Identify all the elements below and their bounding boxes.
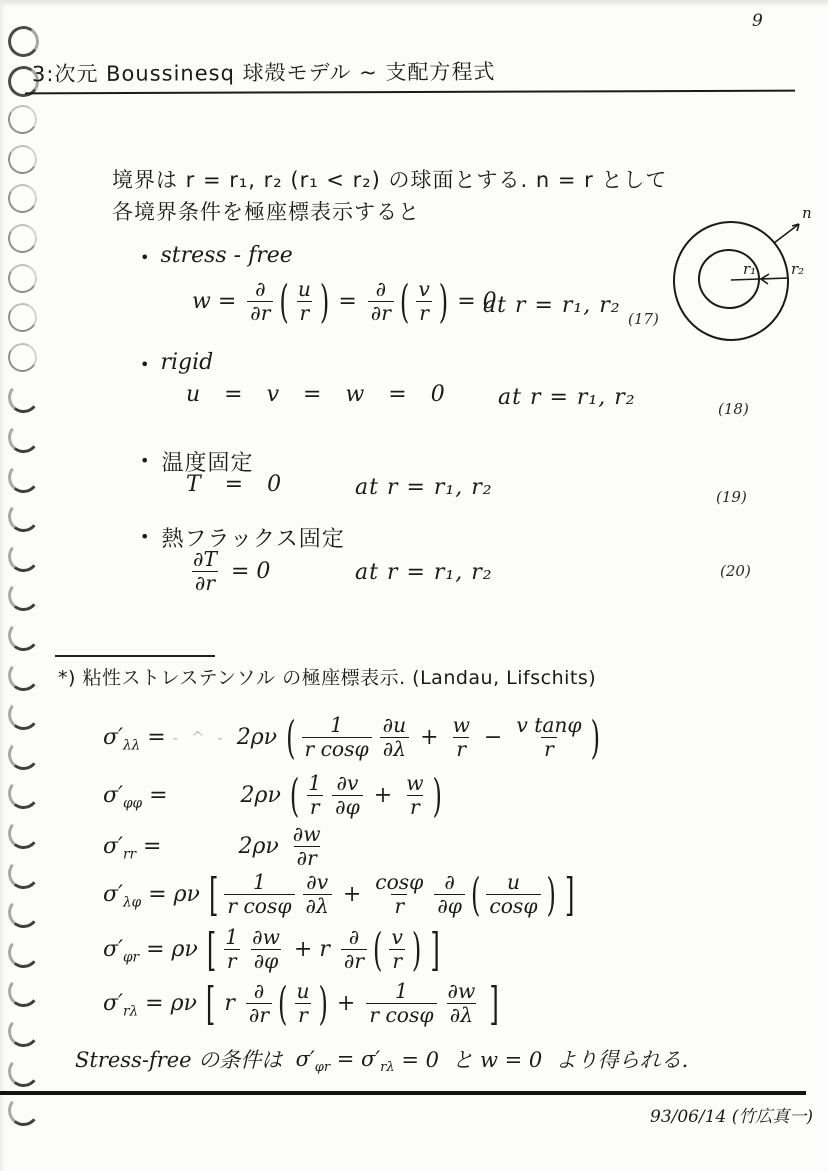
binder-hole (6, 24, 42, 60)
binder-hole (6, 856, 40, 890)
binder-hole (5, 102, 40, 137)
binder-hole (6, 816, 40, 850)
intro-line-1: 境界は r = r₁, r₂ (r₁ < r₂) の球面とする. n = r と… (112, 164, 667, 194)
binder-hole (6, 1014, 40, 1048)
stress-tensor-eq-lambda-lambda: σ′λλ = - ^ -2ρν (1r cosφ∂u∂λ + wr − v ta… (103, 714, 602, 762)
binder-hole (6, 460, 40, 494)
bc-fixed-temperature-at: at r = r₁, r₂ (355, 475, 493, 500)
footer-date: 93/06/14 (竹広真一) (650, 1102, 813, 1127)
binder-hole (5, 181, 40, 216)
stress-tensor-eq-phi-phi: σ′φφ = 2ρν (1r∂v∂φ + wr) (103, 772, 444, 820)
footnote-rule (55, 655, 215, 657)
binder-hole (6, 737, 40, 771)
binder-hole (6, 1054, 40, 1088)
binder-hole (6, 698, 40, 732)
bc-stress-free-at: at r = r₁, r₂ (483, 293, 621, 318)
bc-rigid-at: at r = r₁, r₂ (498, 385, 636, 410)
equation-number-18: (18) (718, 400, 749, 418)
bc-fixed-heat-flux-at: at r = r₁, r₂ (355, 560, 493, 585)
binder-hole (6, 579, 40, 613)
binder-hole (6, 618, 40, 652)
label-inner-radius: r₁ (743, 260, 756, 278)
binder-hole (5, 221, 40, 256)
binder-hole (6, 975, 40, 1009)
scan-edge (0, 0, 828, 7)
binder-hole (6, 896, 40, 930)
bc-rigid-equation: u = v = w = 0 (186, 382, 449, 407)
bottom-rule (0, 1091, 806, 1095)
bullet-dot: • (140, 243, 149, 267)
page-number: 9 (752, 11, 763, 31)
bc-stress-free-equation: w = ∂∂r(ur) = ∂∂r(vr) = 0 (192, 278, 497, 326)
binder-hole (5, 261, 40, 296)
binder-hole (5, 340, 40, 375)
bullet-dot: • (140, 522, 150, 546)
closing-note: Stress-free の条件は σ′φr = σ′rλ = 0 と w = 0… (75, 1044, 688, 1074)
outer-sphere-circle (671, 219, 791, 343)
label-outer-radius: r₂ (791, 260, 804, 278)
bullet-dot: • (140, 350, 149, 374)
page-title: 3:次元 Boussinesq 球殻モデル ~ 支配方程式 (32, 56, 496, 88)
notebook-page: 9 3:次元 Boussinesq 球殻モデル ~ 支配方程式 境界は r = … (0, 0, 828, 1171)
binder-hole (6, 500, 40, 534)
binder-hole (5, 142, 40, 177)
footnote-title: *) 粘性ストレステンソル の極座標表示. (Landau, Lifschits… (58, 663, 596, 690)
binder-hole (6, 420, 40, 454)
scan-edge (0, 0, 5, 1171)
binder-hole (6, 935, 40, 969)
binder-hole (6, 1094, 40, 1128)
equation-number-20: (20) (720, 562, 751, 580)
binder-hole (6, 777, 40, 811)
stress-tensor-eq-r-r: σ′rr = 2ρν ∂w∂r (103, 823, 328, 871)
label-normal: n (802, 204, 812, 222)
bc-stress-free-label: • stress - free (140, 243, 293, 268)
normal-arrow (774, 224, 799, 243)
stress-tensor-eq-lambda-phi: σ′λφ = ρν [1r cosφ∂v∂λ + cosφr∂∂φ(ucosφ)… (103, 871, 576, 919)
bc-label-text: rigid (160, 350, 213, 375)
sphere-shell-diagram: n r₁ r₂ (655, 198, 828, 378)
stress-tensor-eq-r-lambda: σ′rλ = ρν [ r ∂∂r(ur) + 1r cosφ∂w∂λ] (103, 980, 501, 1028)
bc-rigid-label: • rigid (140, 350, 213, 375)
radius-line (731, 278, 788, 280)
equation-number-19: (19) (716, 488, 747, 506)
bullet-dot: • (140, 446, 150, 470)
binder-hole (6, 658, 40, 692)
stress-tensor-eq-phi-r: σ′φr = ρν [1r∂w∂φ + r ∂∂r(vr)] (103, 926, 442, 974)
bc-fixed-temperature-equation: T = 0 (186, 472, 285, 497)
binder-hole (6, 539, 40, 573)
binder-hole (5, 300, 40, 335)
title-underline (25, 90, 795, 95)
intro-line-2: 各境界条件を極座標表示すると (112, 196, 420, 226)
binder-hole (6, 381, 40, 415)
bc-label-text: stress - free (160, 243, 292, 268)
bc-fixed-heat-flux-equation: ∂T∂r = 0 (186, 548, 270, 596)
